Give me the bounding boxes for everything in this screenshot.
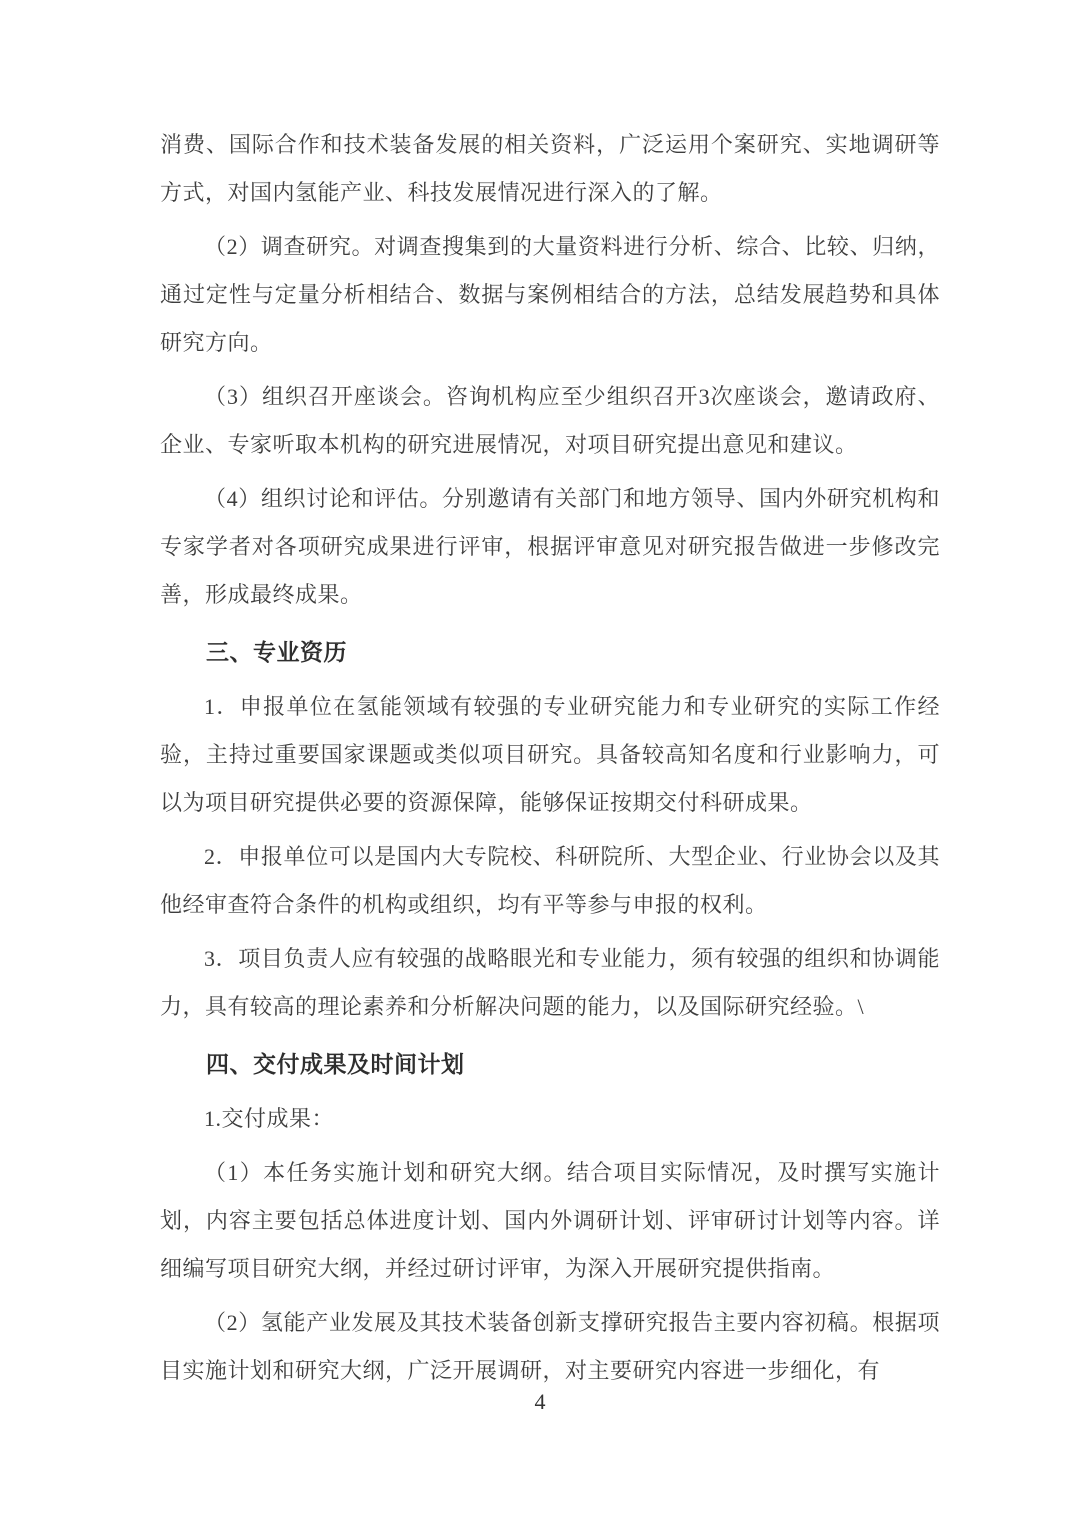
paragraph-item-2-investigation: （2）调查研究。对调查搜集到的大量资料进行分析、综合、比较、归纳，通过定性与定量… (160, 223, 940, 367)
paragraph-item-4-evaluation: （4）组织讨论和评估。分别邀请有关部门和地方领导、国内外研究机构和专家学者对各项… (160, 475, 940, 619)
paragraph-deliverable-1: （1）本任务实施计划和研究大纲。结合项目实际情况，及时撰写实施计划，内容主要包括… (160, 1149, 940, 1293)
paragraph-item-3-symposium: （3）组织召开座谈会。咨询机构应至少组织召开3次座谈会，邀请政府、企业、专家听取… (160, 373, 940, 469)
paragraph-qualification-2: 2．申报单位可以是国内大专院校、科研院所、大型企业、行业协会以及其他经审查符合条… (160, 833, 940, 929)
paragraph-continuation: 消费、国际合作和技术装备发展的相关资料，广泛运用个案研究、实地调研等方式，对国内… (160, 121, 940, 217)
page-number: 4 (0, 1382, 1080, 1422)
section-heading-deliverables: 四、交付成果及时间计划 (160, 1041, 940, 1089)
document-page: 消费、国际合作和技术装备发展的相关资料，广泛运用个案研究、实地调研等方式，对国内… (0, 0, 1080, 1527)
paragraph-deliverables-label: 1.交付成果： (160, 1095, 940, 1143)
paragraph-qualification-1: 1．申报单位在氢能领域有较强的专业研究能力和专业研究的实际工作经验，主持过重要国… (160, 683, 940, 827)
paragraph-qualification-3: 3．项目负责人应有较强的战略眼光和专业能力，须有较强的组织和协调能力，具有较高的… (160, 935, 940, 1031)
paragraph-deliverable-2: （2）氢能产业发展及其技术装备创新支撑研究报告主要内容初稿。根据项目实施计划和研… (160, 1299, 940, 1395)
section-heading-qualifications: 三、专业资历 (160, 629, 940, 677)
